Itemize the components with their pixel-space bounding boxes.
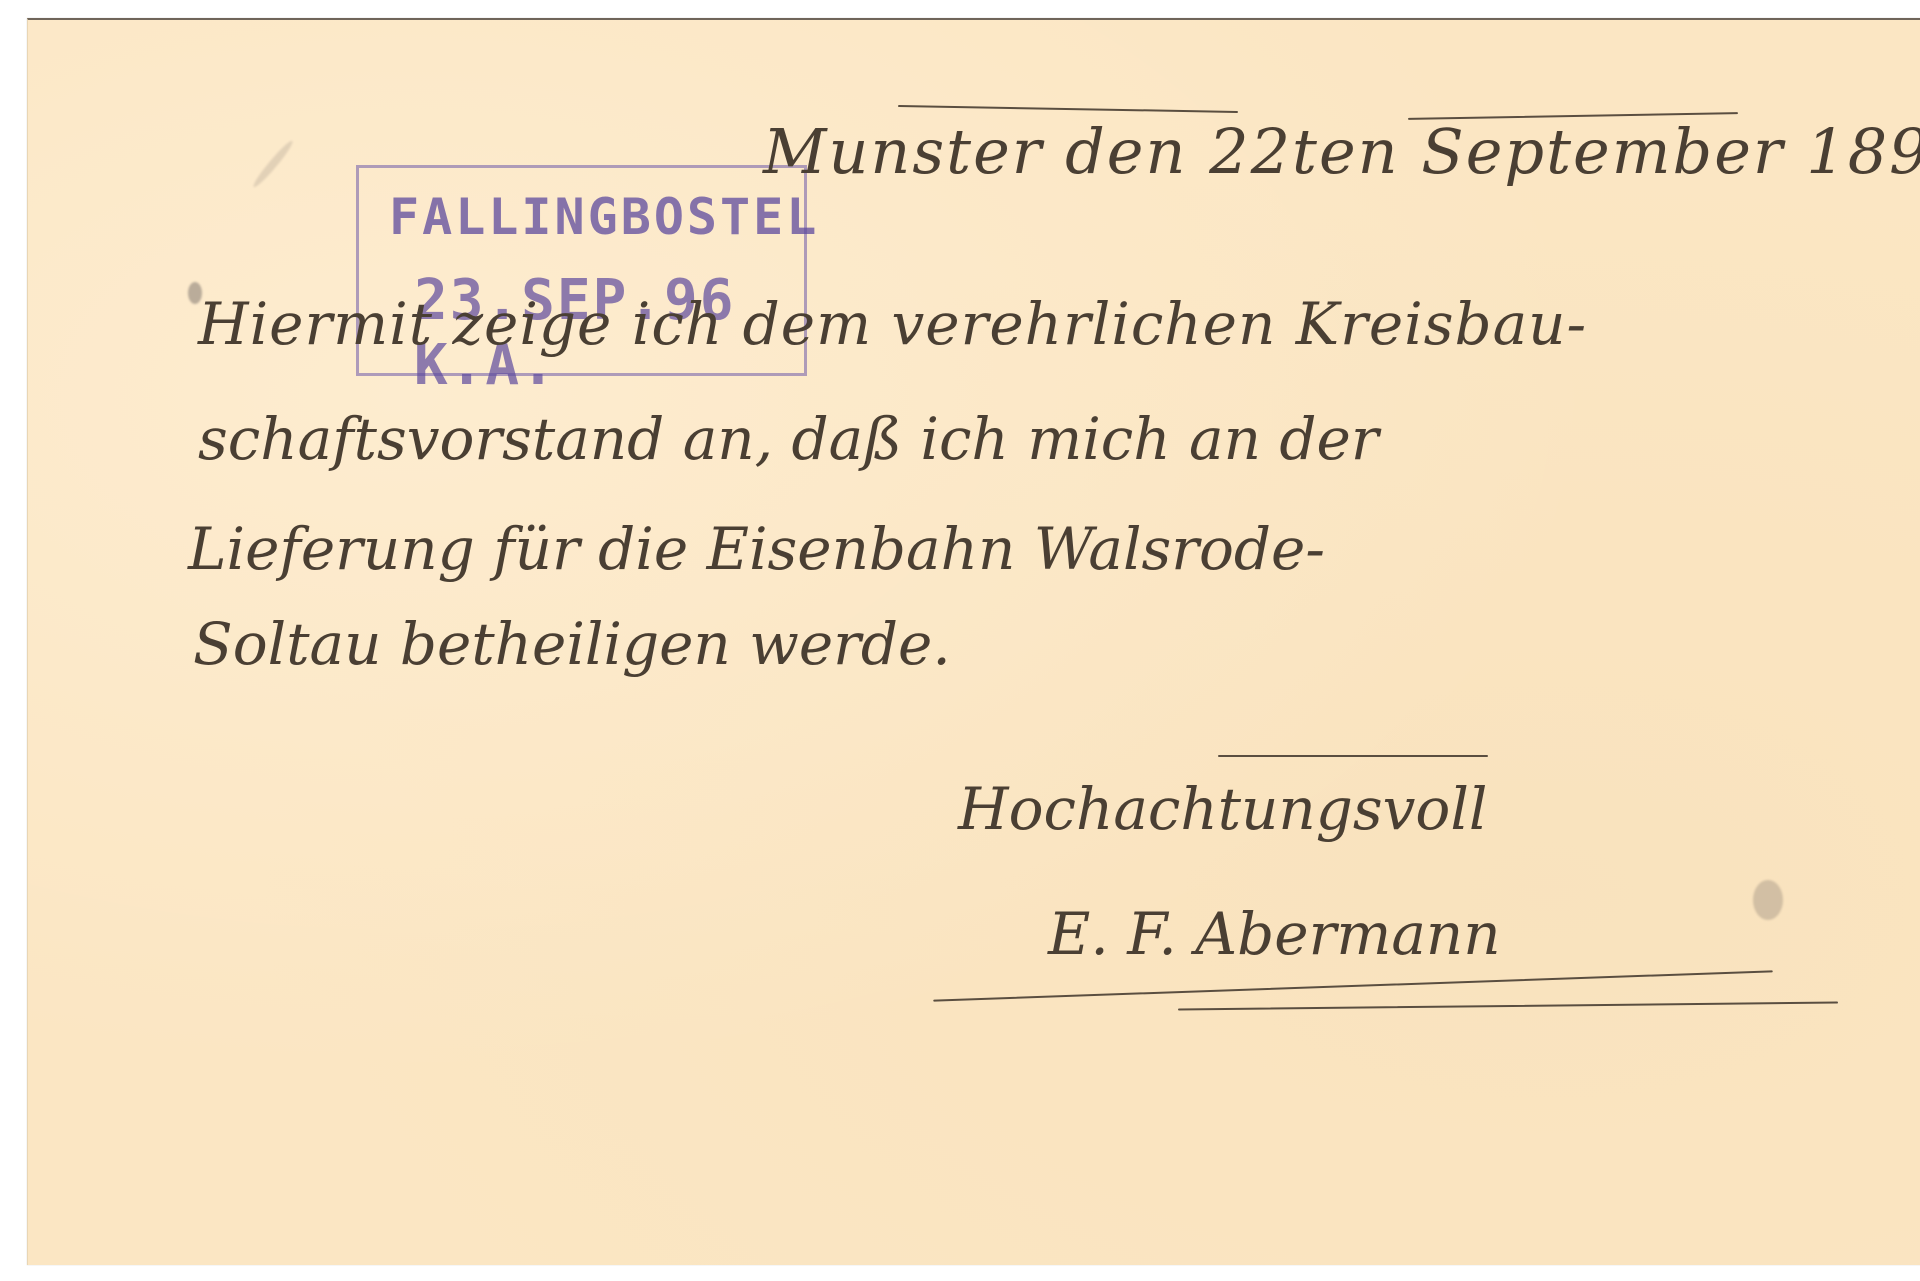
letter-dateline: Munster den 22ten September 1896 — [763, 115, 1920, 188]
pencil-mark — [251, 138, 296, 189]
letter-body-line: Hiermit zeige ich dem verehrlichen Kreis… — [198, 290, 1587, 358]
dateline-flourish — [898, 105, 1238, 113]
closing-flourish — [1218, 755, 1488, 757]
signature-underline — [933, 970, 1773, 1001]
letter-closing: Hochachtungsvoll — [958, 775, 1487, 843]
letter-body-line: schaftsvorstand an, daß ich mich an der — [198, 405, 1379, 473]
postcard: FALLINGBOSTEL 23.SEP.96 K.A. Munster den… — [27, 18, 1920, 1265]
ink-blot — [188, 282, 202, 304]
postmark-town: FALLINGBOSTEL — [389, 188, 819, 246]
letter-signature: E. F. Abermann — [1048, 900, 1501, 968]
ink-speckle — [1753, 880, 1783, 920]
letter-body-line: Lieferung für die Eisenbahn Walsrode- — [188, 515, 1325, 583]
letter-body-line: Soltau betheiligen werde. — [193, 610, 951, 678]
signature-underline — [1178, 1002, 1838, 1011]
